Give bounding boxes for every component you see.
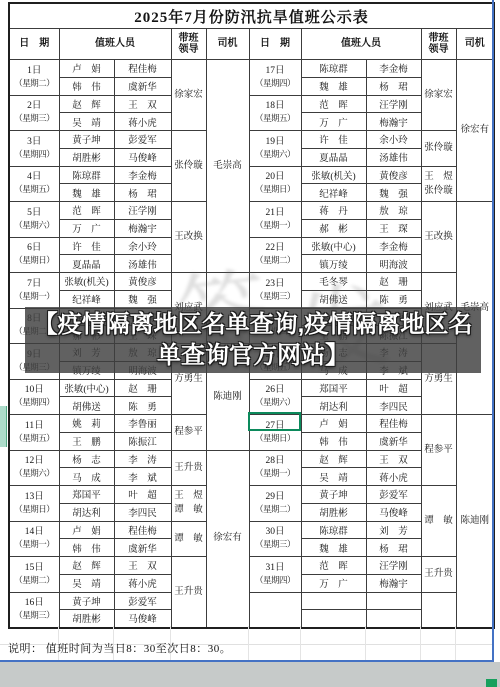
date-day: 19日 <box>250 136 301 149</box>
date-weekday: （星期一） <box>250 468 301 480</box>
staff-name-cell[interactable]: 李 涛 <box>114 450 171 468</box>
staff-name-cell[interactable]: 陈振江 <box>114 432 171 450</box>
staff-name-cell[interactable]: 李金梅 <box>366 60 421 78</box>
date-cell[interactable]: 7日（星期一） <box>9 273 59 309</box>
date-cell[interactable]: 1日（星期二） <box>9 60 59 96</box>
staff-name-cell[interactable]: 杨 珺 <box>114 184 171 202</box>
staff-name-cell[interactable]: 马俊峰 <box>114 610 171 628</box>
staff-name-cell[interactable]: 余小玲 <box>114 237 171 255</box>
staff-name-cell[interactable]: 叶 超 <box>366 379 421 397</box>
leader-cell[interactable] <box>421 592 456 628</box>
date-weekday: （星期六） <box>250 397 301 409</box>
date-weekday: （星期三） <box>10 610 59 622</box>
staff-name-cell[interactable]: 韩 伟 <box>301 432 366 450</box>
leader-cell[interactable]: 谭 敏 <box>171 521 206 557</box>
table-row: 7日（星期一）张敏(机关)黄俊彦刘应武23日（星期三）毛冬琴赵 珊刘应武 <box>9 273 494 291</box>
date-cell[interactable] <box>249 592 301 628</box>
staff-name-cell[interactable]: 张敏(机关) <box>301 166 366 184</box>
leader-cell[interactable]: 程参平 <box>171 415 206 451</box>
date-day: 26日 <box>250 384 301 397</box>
staff-name-cell[interactable] <box>366 592 421 610</box>
date-day: 28日 <box>250 455 301 468</box>
date-weekday: （星期日） <box>250 184 301 196</box>
staff-name-cell[interactable]: 梅瀚宇 <box>366 113 421 131</box>
staff-name-cell[interactable]: 卢 娟 <box>59 521 114 539</box>
date-day: 14日 <box>10 526 59 539</box>
staff-name-cell[interactable]: 魏 雄 <box>301 539 366 557</box>
date-day: 12日 <box>10 455 59 468</box>
staff-name-cell[interactable]: 姚 莉 <box>59 415 114 433</box>
date-day: 6日 <box>10 242 59 255</box>
date-cell[interactable]: 10日（星期四） <box>9 379 59 415</box>
date-cell[interactable]: 21日（星期一） <box>249 202 301 238</box>
staff-name-cell[interactable]: 汪学刚 <box>366 557 421 575</box>
leader-cell[interactable]: 张伶璇 <box>171 131 206 202</box>
date-cell[interactable]: 14日（星期一） <box>9 521 59 557</box>
staff-name-cell[interactable] <box>301 610 366 628</box>
staff-name-cell[interactable]: 陈琼群 <box>59 166 114 184</box>
staff-name-cell[interactable]: 郑国平 <box>59 486 114 504</box>
staff-name-cell[interactable]: 王 双 <box>114 557 171 575</box>
staff-name-cell[interactable]: 韩 伟 <box>59 77 114 95</box>
staff-name-cell[interactable]: 胡胜彬 <box>59 148 114 166</box>
staff-name-cell[interactable]: 卢 娟 <box>59 60 114 78</box>
date-cell[interactable]: 30日（星期三） <box>249 521 301 557</box>
staff-name-cell[interactable]: 万 广 <box>59 219 114 237</box>
staff-name-cell[interactable]: 陈 勇 <box>114 397 171 415</box>
date-weekday: （星期五） <box>10 184 59 196</box>
table-row: 13日（星期日）郑国平叶 超王 煜 谭 敏29日（星期二）黄子坤彭爱军谭 敏 <box>9 486 494 504</box>
date-weekday: （星期三） <box>10 113 59 125</box>
date-day: 20日 <box>250 171 301 184</box>
staff-name-cell[interactable]: 陈琼群 <box>301 60 366 78</box>
leader-cell[interactable]: 程参平 <box>421 415 456 486</box>
leader-cell[interactable]: 王升贵 <box>171 557 206 628</box>
staff-name-cell[interactable]: 吴 靖 <box>59 113 114 131</box>
staff-name-cell[interactable]: 彭爱军 <box>114 131 171 149</box>
staff-name-cell[interactable]: 杨 志 <box>59 450 114 468</box>
staff-name-cell[interactable]: 黄子坤 <box>301 486 366 504</box>
date-cell[interactable]: 26日（星期六） <box>249 379 301 415</box>
date-day: 23日 <box>250 278 301 291</box>
leader-cell[interactable]: 王升贵 <box>171 450 206 486</box>
header-driver-cell[interactable]: 司机 <box>206 29 249 60</box>
date-day: 3日 <box>10 136 59 149</box>
leader-cell[interactable]: 王改换 <box>171 202 206 273</box>
date-cell[interactable]: 18日（星期五） <box>249 95 301 131</box>
date-day: 13日 <box>10 491 59 504</box>
gridline <box>300 626 301 661</box>
staff-name-cell[interactable]: 吴 靖 <box>301 468 366 486</box>
ad-overlay: 【疫情隔离地区名单查询,疫情隔离地区名单查询官方网站】 <box>25 307 481 373</box>
staff-name-cell[interactable]: 吴 靖 <box>59 574 114 592</box>
date-weekday: （星期二） <box>10 575 59 587</box>
header-leader-cell[interactable]: 带班 领导 <box>171 29 206 60</box>
staff-name-cell[interactable]: 杨 珺 <box>366 539 421 557</box>
staff-name-cell[interactable]: 敖 琼 <box>366 202 421 220</box>
date-day: 21日 <box>250 207 301 220</box>
staff-name-cell[interactable]: 李四民 <box>366 397 421 415</box>
date-day: 22日 <box>250 242 301 255</box>
gridline <box>248 626 249 661</box>
date-day: 4日 <box>10 171 59 184</box>
leader-cell[interactable]: 徐家宏 <box>171 60 206 131</box>
staff-name-cell[interactable]: 张敏(中心) <box>301 237 366 255</box>
staff-name-cell[interactable]: 梅瀚宇 <box>366 574 421 592</box>
staff-name-cell[interactable]: 胡胜彬 <box>301 503 366 521</box>
date-cell[interactable]: 15日（星期二） <box>9 557 59 593</box>
staff-name-cell[interactable]: 赵 珊 <box>366 273 421 291</box>
staff-name-cell[interactable]: 明海波 <box>366 255 421 273</box>
date-cell[interactable]: 29日（星期二） <box>249 486 301 522</box>
staff-name-cell[interactable]: 魏 强 <box>366 184 421 202</box>
staff-name-cell[interactable]: 李金梅 <box>366 237 421 255</box>
table-row: 1日（星期二）卢 娟程佳梅徐家宏毛崇高17日（星期四）陈琼群李金梅徐家宏徐宏有 <box>9 60 494 78</box>
date-weekday: （星期二） <box>250 504 301 516</box>
table-row: 15日（星期二）赵 辉王 双王升贵31日（星期四）范 晖汪学刚王升贵 <box>9 557 494 575</box>
date-weekday: （星期二） <box>10 78 59 90</box>
date-weekday: （星期一） <box>10 539 59 551</box>
staff-name-cell[interactable]: 叶 超 <box>114 486 171 504</box>
staff-name-cell[interactable]: 赵 辉 <box>59 95 114 113</box>
staff-name-cell[interactable]: 李鲁丽 <box>114 415 171 433</box>
staff-name-cell[interactable]: 魏 雄 <box>301 77 366 95</box>
staff-name-cell[interactable]: 王 鹏 <box>59 432 114 450</box>
date-weekday: （星期四） <box>10 397 59 409</box>
staff-name-cell[interactable]: 李金梅 <box>114 166 171 184</box>
date-weekday: （星期日） <box>250 433 301 445</box>
staff-name-cell[interactable]: 夏晶晶 <box>301 148 366 166</box>
staff-name-cell[interactable]: 韩 伟 <box>59 539 114 557</box>
staff-name-cell[interactable]: 余小玲 <box>366 131 421 149</box>
staff-name-cell[interactable]: 毛冬琴 <box>301 273 366 291</box>
staff-name-cell[interactable]: 魏 强 <box>114 290 171 308</box>
date-cell[interactable]: 2日（星期三） <box>9 95 59 131</box>
staff-name-cell[interactable]: 虞新华 <box>114 539 171 557</box>
leader-cell[interactable]: 谭 敏 <box>421 486 456 557</box>
staff-name-cell[interactable]: 蒋小虎 <box>114 574 171 592</box>
date-day: 5日 <box>10 207 59 220</box>
driver-cell[interactable]: 陈迪刚 <box>456 415 494 628</box>
staff-name-cell[interactable]: 刘 芳 <box>366 521 421 539</box>
staff-name-cell[interactable]: 黄俊彦 <box>114 273 171 291</box>
gridline <box>455 626 456 661</box>
staff-name-cell[interactable]: 魏 雄 <box>59 184 114 202</box>
staff-name-cell[interactable]: 夏晶晶 <box>59 255 114 273</box>
date-day: 16日 <box>10 597 59 610</box>
staff-name-cell[interactable]: 郝 彬 <box>301 219 366 237</box>
staff-name-cell[interactable]: 蒋小虎 <box>366 468 421 486</box>
ad-overlay-text: 【疫情隔离地区名单查询,疫情隔离地区名单查询官方网站】 <box>25 309 481 371</box>
date-weekday: （星期四） <box>10 149 59 161</box>
staff-name-cell[interactable]: 镇万绫 <box>301 255 366 273</box>
date-weekday: （星期六） <box>250 149 301 161</box>
date-weekday: （星期四） <box>250 575 301 587</box>
staff-name-cell[interactable]: 杨 珺 <box>366 77 421 95</box>
header-date-cell[interactable]: 日 期 <box>249 29 301 60</box>
staff-name-cell[interactable] <box>366 610 421 628</box>
driver-cell[interactable]: 徐宏有 <box>206 450 249 628</box>
staff-name-cell[interactable]: 黄子坤 <box>59 131 114 149</box>
date-cell[interactable]: 16日（星期三） <box>9 592 59 628</box>
row-header-highlight <box>0 406 7 447</box>
date-weekday: （星期三） <box>250 291 301 303</box>
staff-name-cell[interactable]: 蒋 丹 <box>301 202 366 220</box>
table-title[interactable]: 2025年7月份防汛抗旱值班公示表 <box>9 3 494 29</box>
leader-cell[interactable]: 王 煜 谭 敏 <box>171 486 206 522</box>
date-cell[interactable]: 19日（星期六） <box>249 131 301 167</box>
date-weekday: （星期六） <box>10 468 59 480</box>
header-staff-cell[interactable]: 值班人员 <box>59 29 171 60</box>
date-cell[interactable]: 13日（星期日） <box>9 486 59 522</box>
staff-name-cell[interactable]: 胡佛送 <box>59 397 114 415</box>
date-cell[interactable]: 23日（星期三） <box>249 273 301 309</box>
table-row: 5日（星期六）范 晖汪学刚王改换21日（星期一）蒋 丹敖 琼王改换毛崇高 <box>9 202 494 220</box>
leader-cell[interactable]: 王 煜 张伶璇 <box>421 166 456 202</box>
staff-name-cell[interactable]: 张敏(机关) <box>59 273 114 291</box>
staff-name-cell[interactable]: 马俊峰 <box>114 148 171 166</box>
leader-cell[interactable]: 王升贵 <box>421 557 456 593</box>
spreadsheet-page: 2025年7月份防汛抗旱值班公示表 日 期 值班人员 带班 领导 司机 日 期 … <box>0 0 500 687</box>
staff-name-cell[interactable]: 黄俊彦 <box>366 166 421 184</box>
staff-name-cell[interactable]: 范 晖 <box>59 202 114 220</box>
date-day: 15日 <box>10 562 59 575</box>
staff-name-cell[interactable]: 许 佳 <box>301 131 366 149</box>
staff-name-cell[interactable]: 黄子坤 <box>59 592 114 610</box>
staff-name-cell[interactable] <box>301 592 366 610</box>
staff-name-cell[interactable]: 王 双 <box>366 450 421 468</box>
staff-name-cell[interactable]: 马俊峰 <box>366 503 421 521</box>
date-day: 2日 <box>10 100 59 113</box>
date-weekday: （星期三） <box>250 539 301 551</box>
driver-cell[interactable]: 徐宏有 <box>456 60 494 202</box>
staff-name-cell[interactable]: 王 双 <box>114 95 171 113</box>
staff-name-cell[interactable]: 程佳梅 <box>114 521 171 539</box>
staff-name-cell[interactable]: 梅瀚宇 <box>114 219 171 237</box>
staff-name-cell[interactable]: 万 广 <box>301 113 366 131</box>
date-cell[interactable]: 4日（星期五） <box>9 166 59 202</box>
staff-name-cell[interactable]: 张敏(中心) <box>59 379 114 397</box>
date-cell[interactable]: 6日（星期日） <box>9 237 59 273</box>
date-weekday: （星期五） <box>250 113 301 125</box>
header-date-cell[interactable]: 日 期 <box>9 29 59 60</box>
staff-name-cell[interactable]: 汤雄伟 <box>114 255 171 273</box>
date-cell[interactable]: 12日（星期六） <box>9 450 59 486</box>
staff-name-cell[interactable]: 范 晖 <box>301 557 366 575</box>
table-row: 4日（星期五）陈琼群李金梅20日（星期日）张敏(机关)黄俊彦王 煜 张伶璇 <box>9 166 494 184</box>
staff-name-cell[interactable]: 胡达利 <box>59 503 114 521</box>
staff-name-cell[interactable]: 赵 珊 <box>114 379 171 397</box>
header-leader-cell[interactable]: 带班 领导 <box>421 29 456 60</box>
staff-name-cell[interactable]: 万 广 <box>301 574 366 592</box>
note-text[interactable]: 说明： 值班时间为当日8：30至次日8：30。 <box>8 640 231 656</box>
date-weekday: （星期五） <box>10 433 59 445</box>
staff-name-cell[interactable]: 汤雄伟 <box>366 148 421 166</box>
date-cell[interactable]: 28日（星期一） <box>249 450 301 486</box>
staff-name-cell[interactable]: 纪祥峰 <box>301 184 366 202</box>
staff-name-cell[interactable]: 程佳梅 <box>114 60 171 78</box>
green-corner-button[interactable] <box>486 679 497 687</box>
staff-name-cell[interactable]: 卢 娟 <box>301 415 366 433</box>
date-weekday: （星期日） <box>10 504 59 516</box>
staff-name-cell[interactable]: 汪学刚 <box>114 202 171 220</box>
date-day: 1日 <box>10 65 59 78</box>
staff-name-cell[interactable]: 郑国平 <box>301 379 366 397</box>
date-day: 10日 <box>10 384 59 397</box>
staff-name-cell[interactable]: 蒋小虎 <box>114 113 171 131</box>
staff-name-cell[interactable]: 胡胜彬 <box>59 610 114 628</box>
leader-cell[interactable]: 徐家宏 <box>421 60 456 131</box>
staff-name-cell[interactable]: 陈 勇 <box>366 290 421 308</box>
staff-name-cell[interactable]: 李四民 <box>114 503 171 521</box>
staff-name-cell[interactable]: 陈琼群 <box>301 521 366 539</box>
table-row: 3日（星期四）黄子坤彭爱军张伶璇19日（星期六）许 佳余小玲张伶璇 <box>9 131 494 149</box>
date-cell[interactable]: 17日（星期四） <box>249 60 301 96</box>
staff-name-cell[interactable]: 范 晖 <box>301 95 366 113</box>
staff-name-cell[interactable]: 赵 辉 <box>59 557 114 575</box>
date-cell[interactable]: 11日（星期五） <box>9 415 59 451</box>
selected-cell-border <box>248 412 301 431</box>
staff-name-cell[interactable]: 汪学刚 <box>366 95 421 113</box>
date-day: 31日 <box>250 562 301 575</box>
header-staff-cell[interactable]: 值班人员 <box>301 29 421 60</box>
leader-cell[interactable]: 张伶璇 <box>421 131 456 167</box>
staff-name-cell[interactable]: 程佳梅 <box>366 415 421 433</box>
date-day: 29日 <box>250 491 301 504</box>
date-weekday: （星期六） <box>10 220 59 232</box>
date-day: 7日 <box>10 278 59 291</box>
date-day: 17日 <box>250 65 301 78</box>
date-cell[interactable]: 3日（星期四） <box>9 131 59 167</box>
date-weekday: （星期一） <box>250 220 301 232</box>
staff-name-cell[interactable]: 许 佳 <box>59 237 114 255</box>
header-driver-cell[interactable]: 司机 <box>456 29 494 60</box>
outside-sheet-area <box>0 662 500 687</box>
staff-name-cell[interactable]: 赵 辉 <box>301 450 366 468</box>
staff-name-cell[interactable]: 胡达利 <box>301 397 366 415</box>
staff-name-cell[interactable]: 虞新华 <box>366 432 421 450</box>
staff-name-cell[interactable]: 彭爱军 <box>114 592 171 610</box>
staff-name-cell[interactable]: 马 成 <box>59 468 114 486</box>
date-day: 11日 <box>10 420 59 433</box>
date-weekday: （星期一） <box>10 291 59 303</box>
sheet-right-border <box>492 0 494 662</box>
date-cell[interactable]: 22日（星期二） <box>249 237 301 273</box>
gridline <box>365 626 366 661</box>
staff-name-cell[interactable]: 彭爱军 <box>366 486 421 504</box>
date-cell[interactable]: 31日（星期四） <box>249 557 301 593</box>
date-cell[interactable]: 20日（星期日） <box>249 166 301 202</box>
date-weekday: （星期四） <box>250 78 301 90</box>
date-weekday: （星期日） <box>10 255 59 267</box>
staff-name-cell[interactable]: 虞新华 <box>114 77 171 95</box>
date-cell[interactable]: 5日（星期六） <box>9 202 59 238</box>
driver-cell[interactable]: 毛崇高 <box>206 60 249 273</box>
date-day: 30日 <box>250 526 301 539</box>
gridline <box>420 626 421 661</box>
leader-cell[interactable]: 王改换 <box>421 202 456 273</box>
table-row: 16日（星期三）黄子坤彭爱军 <box>9 592 494 610</box>
staff-name-cell[interactable]: 胡佛送 <box>301 290 366 308</box>
staff-name-cell[interactable]: 李 斌 <box>114 468 171 486</box>
staff-name-cell[interactable]: 王 琛 <box>366 219 421 237</box>
date-weekday: （星期二） <box>250 255 301 267</box>
staff-name-cell[interactable]: 纪祥峰 <box>59 290 114 308</box>
date-day: 18日 <box>250 100 301 113</box>
